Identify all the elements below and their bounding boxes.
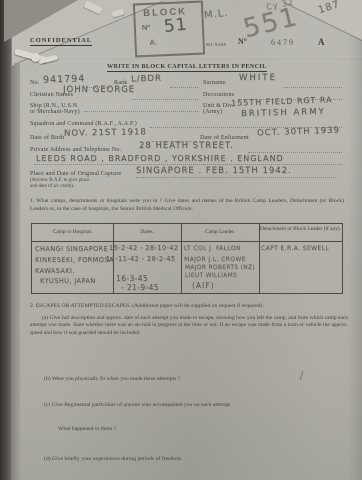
address-value-line1: 28 HEATH STREET.	[139, 141, 234, 151]
camp-table: Camp or Hospital. Dates. Camp Leader. De…	[31, 223, 343, 294]
unit-div-label-2: (Army)	[203, 109, 222, 116]
stamp-letter-text: A.	[149, 38, 157, 47]
leader-cell-line2: (AIF)	[192, 281, 215, 290]
question-2d-text: (d) Give briefly your experiences during…	[44, 456, 182, 464]
question-2-heading: 2. ESCAPES OR ATTEMPTED ESCAPES. (Additi…	[30, 303, 350, 311]
fold-crease	[18, 57, 362, 59]
dotted-line	[248, 151, 342, 153]
table-header-leader: Camp Leader.	[181, 229, 259, 236]
block-number-stamp: BLOCK Nº A. 51	[133, 0, 205, 57]
question-2b-text: (b) Were you physically fit when you mad…	[44, 376, 180, 384]
dotted-line	[84, 110, 198, 112]
no-value: 941794	[43, 73, 86, 85]
table-column-divider	[259, 224, 260, 293]
question-2a-text: (a) Give full description and approx. da…	[30, 315, 348, 337]
leader-cell: MAJOR ROBERTS (NZ)	[185, 265, 255, 271]
dotted-line	[132, 98, 198, 100]
serial-number: 6479	[271, 39, 295, 48]
table-header-block-leader: Detachment or Block Leader (if any).	[259, 226, 342, 233]
leader-cell: LT COL J. FALLON	[184, 245, 241, 252]
date-of-birth-label: Date of Birth	[30, 135, 64, 142]
question-2c2-text: What happened to them ?	[58, 426, 116, 434]
capture-label-3: and date of a/c crash).	[30, 184, 74, 190]
series-letter: A	[318, 38, 325, 48]
decorations-label: Decorations	[203, 92, 234, 99]
camp-cell: KAWASAKI.	[35, 267, 75, 275]
date-of-birth-value: NOV. 21ST 1918	[64, 127, 147, 138]
form-title: WRITE IN BLOCK CAPITAL LETTERS IN PENCIL	[107, 63, 267, 72]
block-leader-cell: CAPT E.R.A. SEWELL	[261, 245, 329, 252]
no-label: No.	[30, 80, 39, 87]
question-1-text: 1. What camps, detachments or hospitals …	[30, 198, 344, 213]
camp-cell: CHANGI SINGAPORE	[35, 245, 108, 253]
dates-cell: 16-3-45	[116, 274, 148, 283]
dotted-line	[170, 86, 198, 88]
scanned-pow-questionnaire: CONFIDENTIAL BLOCK Nº A. 51 M.L. Cy 32 1…	[0, 0, 362, 480]
table-header-camp: Camp or Hospital.	[32, 229, 113, 236]
string-knot	[31, 53, 40, 62]
address-label: Private Address and Telephone No.	[30, 147, 121, 154]
ship-label-2: or Merchant-Navy)	[30, 109, 80, 116]
dotted-line	[136, 176, 336, 178]
address-value-line2: LEEDS ROAD , BRADFORD , YORKSHIRE . ENGL…	[36, 154, 284, 163]
camp-cell: KINKESEKI, FORMOSA	[35, 256, 114, 264]
confidential-label: CONFIDENTIAL	[30, 37, 92, 46]
surname-value: WHITE	[239, 73, 277, 83]
dates-cell-line2: - 21-9-45	[121, 283, 159, 292]
camp-cell: KYUSHU, JAPAN	[40, 277, 96, 285]
surname-label: Surname	[203, 80, 226, 87]
mi9-reference: M.I. 9/JAP.	[206, 42, 227, 47]
capture-value: SINGAPORE . FEB. 15TH 1942.	[136, 166, 292, 176]
christian-names-value: JOHN GEORGE	[63, 85, 135, 95]
stamp-no-text: Nº	[142, 23, 151, 32]
right-shadow	[348, 0, 362, 480]
table-header-dates: Dates.	[113, 229, 181, 236]
dotted-line	[34, 163, 342, 165]
serial-no-label: Nº	[238, 38, 247, 47]
squadron-command-label: Squadron and Command (R.A.F., A.A.F.)	[30, 121, 137, 128]
dotted-line	[284, 86, 342, 88]
rank-value: L/BDR	[131, 73, 162, 84]
dates-cell: 14-11-42 - 28-2-45	[106, 255, 175, 263]
dates-cell: 15-2-42 - 28-10-42	[109, 244, 178, 252]
question-2c-text: (c) Give Regimental particulars of anyon…	[44, 402, 231, 410]
table-header-divider	[32, 241, 342, 242]
leader-cell: LIEUT WILLIAMS	[185, 273, 237, 279]
capture-label: Place and Date of Original Capture	[30, 171, 121, 178]
page-stack-edge	[11, 0, 20, 480]
capture-label-2: (Aircrew R.A.F. to give place	[30, 178, 89, 184]
leader-cell: MAJOR J.L. CROWE	[184, 256, 246, 263]
stamp-number-handwritten: 51	[163, 14, 189, 37]
